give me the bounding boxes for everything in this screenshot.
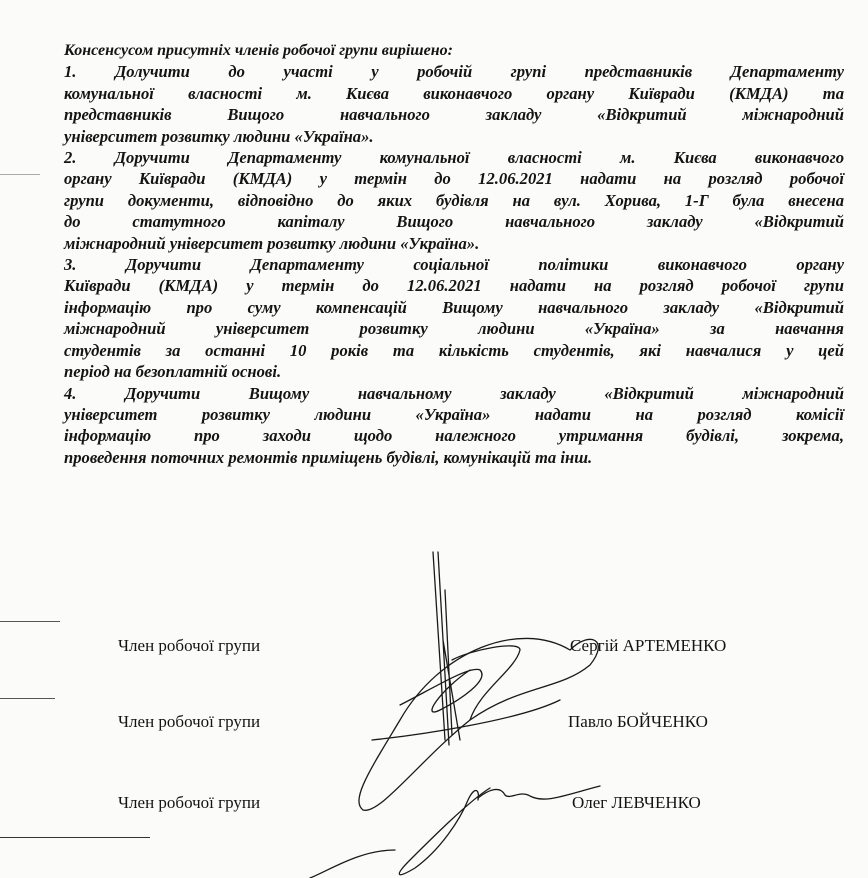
- text-line: період на безоплатній основі.: [64, 361, 844, 382]
- resolution-item-3: 3. Доручити Департаменту соціальної полі…: [64, 254, 844, 382]
- text-line: міжнародний університет розвитку людини …: [64, 318, 844, 339]
- text-line: представників Вищого навчального закладу…: [64, 104, 844, 125]
- signatory-role: Член робочої групи: [118, 636, 260, 656]
- resolution-text: Консенсусом присутніх членів робочої гру…: [64, 40, 844, 468]
- text-line: до статутного капіталу Вищого навчальног…: [64, 211, 844, 232]
- text-line: студентів за останні 10 років та кількіс…: [64, 340, 844, 361]
- text-line: групи документи, відповідно до яких буді…: [64, 190, 844, 211]
- margin-mark: [0, 621, 60, 622]
- text-line: 3. Доручити Департаменту соціальної полі…: [64, 254, 844, 275]
- intro-line: Консенсусом присутніх членів робочої гру…: [64, 40, 844, 61]
- text-line: інформацію про суму компенсацій Вищому н…: [64, 297, 844, 318]
- text-line: 2. Доручити Департаменту комунальної вла…: [64, 147, 844, 168]
- signatory-name: Павло БОЙЧЕНКО: [568, 712, 708, 732]
- resolution-item-1: 1. Долучити до участі у робочій групі пр…: [64, 61, 844, 147]
- signatory-role: Член робочої групи: [118, 793, 260, 813]
- margin-mark: [0, 698, 55, 699]
- margin-mark: [0, 837, 150, 838]
- text-line: міжнародний університет розвитку людини …: [64, 233, 844, 254]
- text-line: університет розвитку людини «Україна».: [64, 126, 844, 147]
- resolution-item-2: 2. Доручити Департаменту комунальної вла…: [64, 147, 844, 254]
- text-line: університет розвитку людини «Україна» на…: [64, 404, 844, 425]
- margin-mark: [0, 174, 40, 175]
- text-line: інформацію про заходи щодо належного утр…: [64, 425, 844, 446]
- text-line: комунальної власності м. Києва виконавчо…: [64, 83, 844, 104]
- text-line: Київради (КМДА) у термін до 12.06.2021 н…: [64, 275, 844, 296]
- text-line: 4. Доручити Вищому навчальному закладу «…: [64, 383, 844, 404]
- signatory-role: Член робочої групи: [118, 712, 260, 732]
- text-line: 1. Долучити до участі у робочій групі пр…: [64, 61, 844, 82]
- resolution-item-4: 4. Доручити Вищому навчальному закладу «…: [64, 383, 844, 469]
- text-line: органу Київради (КМДА) у термін до 12.06…: [64, 168, 844, 189]
- text-line: проведення поточних ремонтів приміщень б…: [64, 447, 844, 468]
- signatory-name: Олег ЛЕВЧЕНКО: [572, 793, 701, 813]
- signatory-name: Сергій АРТЕМЕНКО: [570, 636, 726, 656]
- document-page: Консенсусом присутніх членів робочої гру…: [0, 0, 868, 878]
